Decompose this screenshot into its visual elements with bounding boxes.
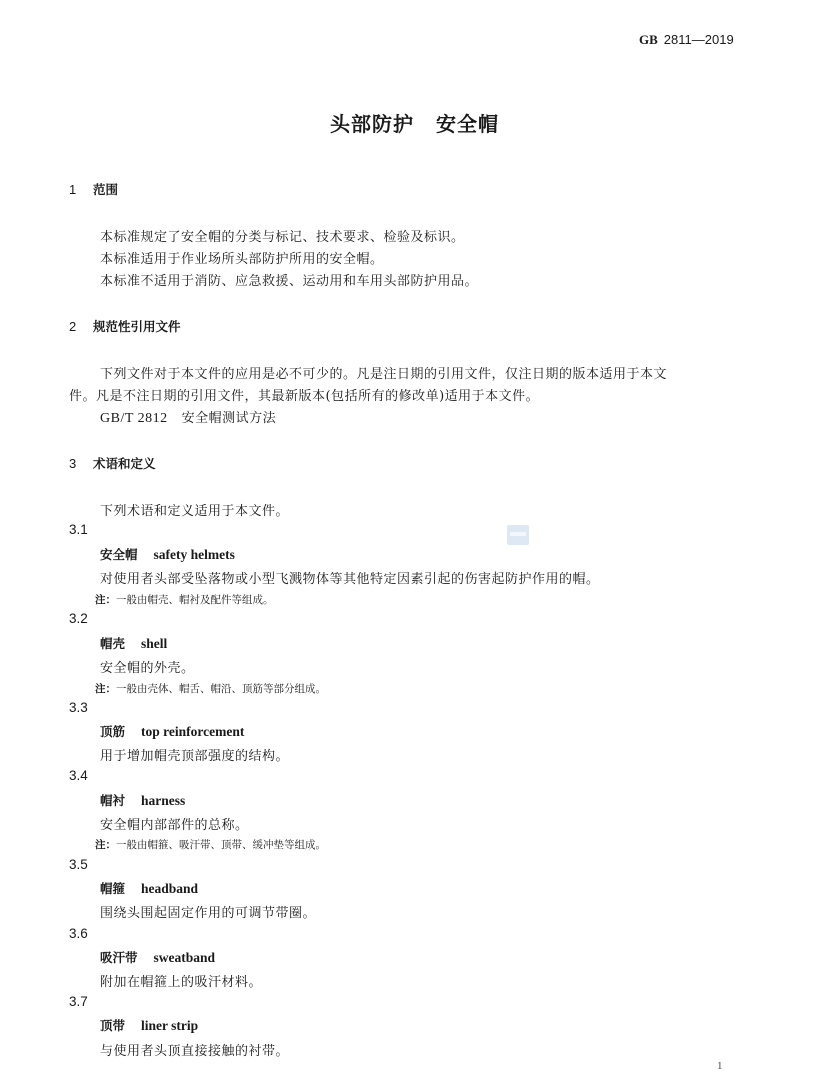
term-title: 帽箍headband <box>100 879 198 897</box>
term-note: 注：一般由帽箍、吸汗带、顶带、缓冲垫等组成。 <box>95 837 326 852</box>
term-title: 顶筋top reinforcement <box>100 722 244 740</box>
title-part-2: 安全帽 <box>436 112 499 136</box>
section-heading-scope: 1范围 <box>69 180 118 198</box>
term-definition: 附加在帽箍上的吸汗材料。 <box>100 971 262 990</box>
term-note: 注：一般由帽壳、帽衬及配件等组成。 <box>95 592 274 607</box>
term-number: 3.5 <box>69 857 88 872</box>
term-definition: 安全帽的外壳。 <box>100 657 195 676</box>
references-paragraph-line-1: 下列文件对于本文件的应用是必不可少的。凡是注日期的引用文件，仅注日期的版本适用于… <box>100 363 667 382</box>
standard-prefix: GB <box>639 32 658 47</box>
term-number: 3.2 <box>69 611 88 626</box>
references-paragraph-line-2: 件。凡是不注日期的引用文件，其最新版本(包括所有的修改单)适用于本文件。 <box>69 385 539 404</box>
term-number: 3.3 <box>69 700 88 715</box>
term-title: 顶带liner strip <box>100 1016 198 1034</box>
reference-title: 安全帽测试方法 <box>182 411 277 426</box>
title-part-1: 头部防护 <box>330 112 414 136</box>
reference-entry: GB/T 2812安全帽测试方法 <box>100 407 276 427</box>
term-number: 3.1 <box>69 522 88 537</box>
term-title: 帽壳shell <box>100 634 167 652</box>
term-note: 注：一般由壳体、帽舌、帽沿、顶筋等部分组成。 <box>95 681 326 696</box>
scope-paragraph-2: 本标准适用于作业场所头部防护所用的安全帽。 <box>100 248 384 267</box>
term-title: 安全帽safety helmets <box>100 545 235 563</box>
term-definition: 对使用者头部受坠落物或小型飞溅物体等其他特定因素引起的伤害起防护作用的帽。 <box>100 568 600 587</box>
term-definition: 安全帽内部部件的总称。 <box>100 814 249 833</box>
standard-number: 2811—2019 <box>664 32 734 47</box>
scope-paragraph-1: 本标准规定了安全帽的分类与标记、技术要求、检验及标识。 <box>100 226 465 245</box>
page-number: 1 <box>717 1060 723 1072</box>
term-number: 3.6 <box>69 926 88 941</box>
term-definition: 用于增加帽壳顶部强度的结构。 <box>100 745 289 764</box>
term-definition: 围绕头围起固定作用的可调节带圈。 <box>100 902 316 921</box>
watermark-logo-icon <box>507 525 529 545</box>
term-title: 吸汗带sweatband <box>100 948 215 966</box>
standard-code: GB2811—2019 <box>639 32 734 48</box>
term-title: 帽衬harness <box>100 791 185 809</box>
term-definition: 与使用者头顶直接接触的衬带。 <box>100 1040 289 1059</box>
section-heading-normative-references: 2规范性引用文件 <box>69 317 181 335</box>
term-number: 3.4 <box>69 768 88 783</box>
term-number: 3.7 <box>69 994 88 1009</box>
terms-intro: 下列术语和定义适用于本文件。 <box>100 500 289 519</box>
scope-paragraph-3: 本标准不适用于消防、应急救援、运动用和车用头部防护用品。 <box>100 270 478 289</box>
section-heading-terms-definitions: 3术语和定义 <box>69 454 156 472</box>
document-title: 头部防护安全帽 <box>0 108 829 137</box>
reference-code: GB/T 2812 <box>100 411 168 426</box>
